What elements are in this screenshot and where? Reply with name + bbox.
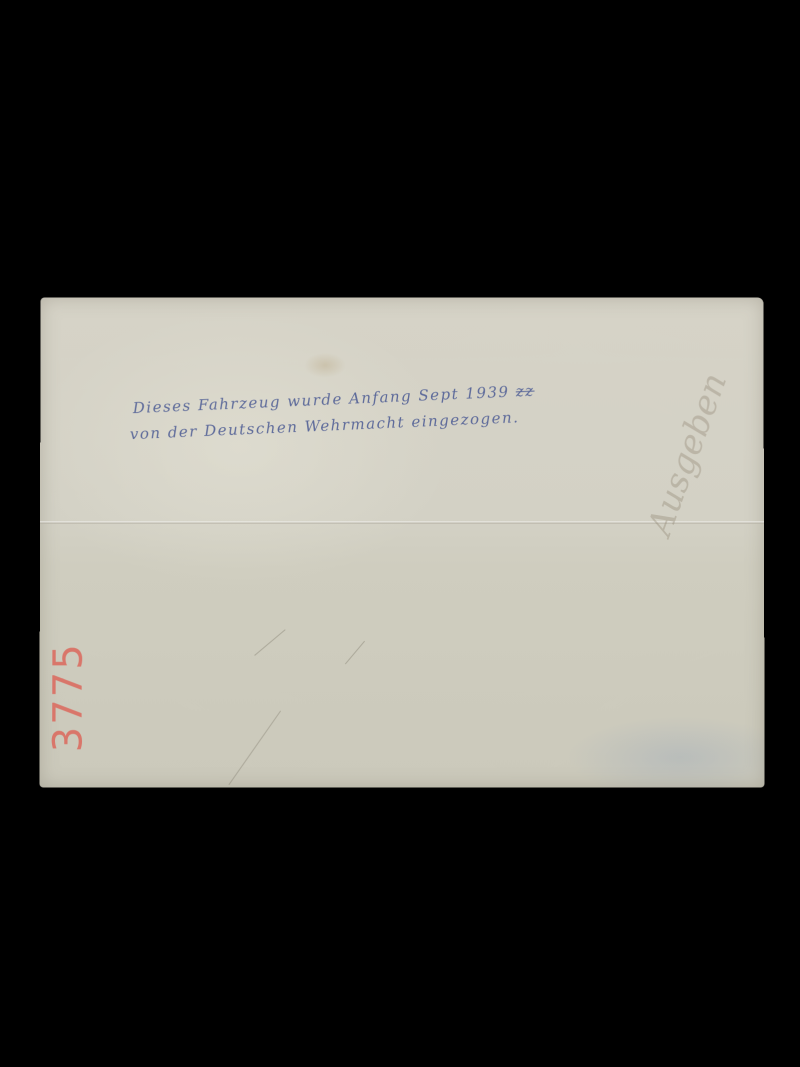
crease-mark [254, 629, 285, 656]
faint-writing: Ausgeben [640, 368, 735, 541]
crease-mark [345, 641, 365, 665]
margin-number: 3775 [45, 642, 91, 752]
handwritten-note: Dieses Fahrzeug wurde Anfang Sept 1939 z… [132, 378, 536, 447]
crease-mark [228, 711, 281, 786]
struck-text: zz [515, 382, 535, 401]
postcard-back: Dieses Fahrzeug wurde Anfang Sept 1939 z… [39, 297, 764, 787]
